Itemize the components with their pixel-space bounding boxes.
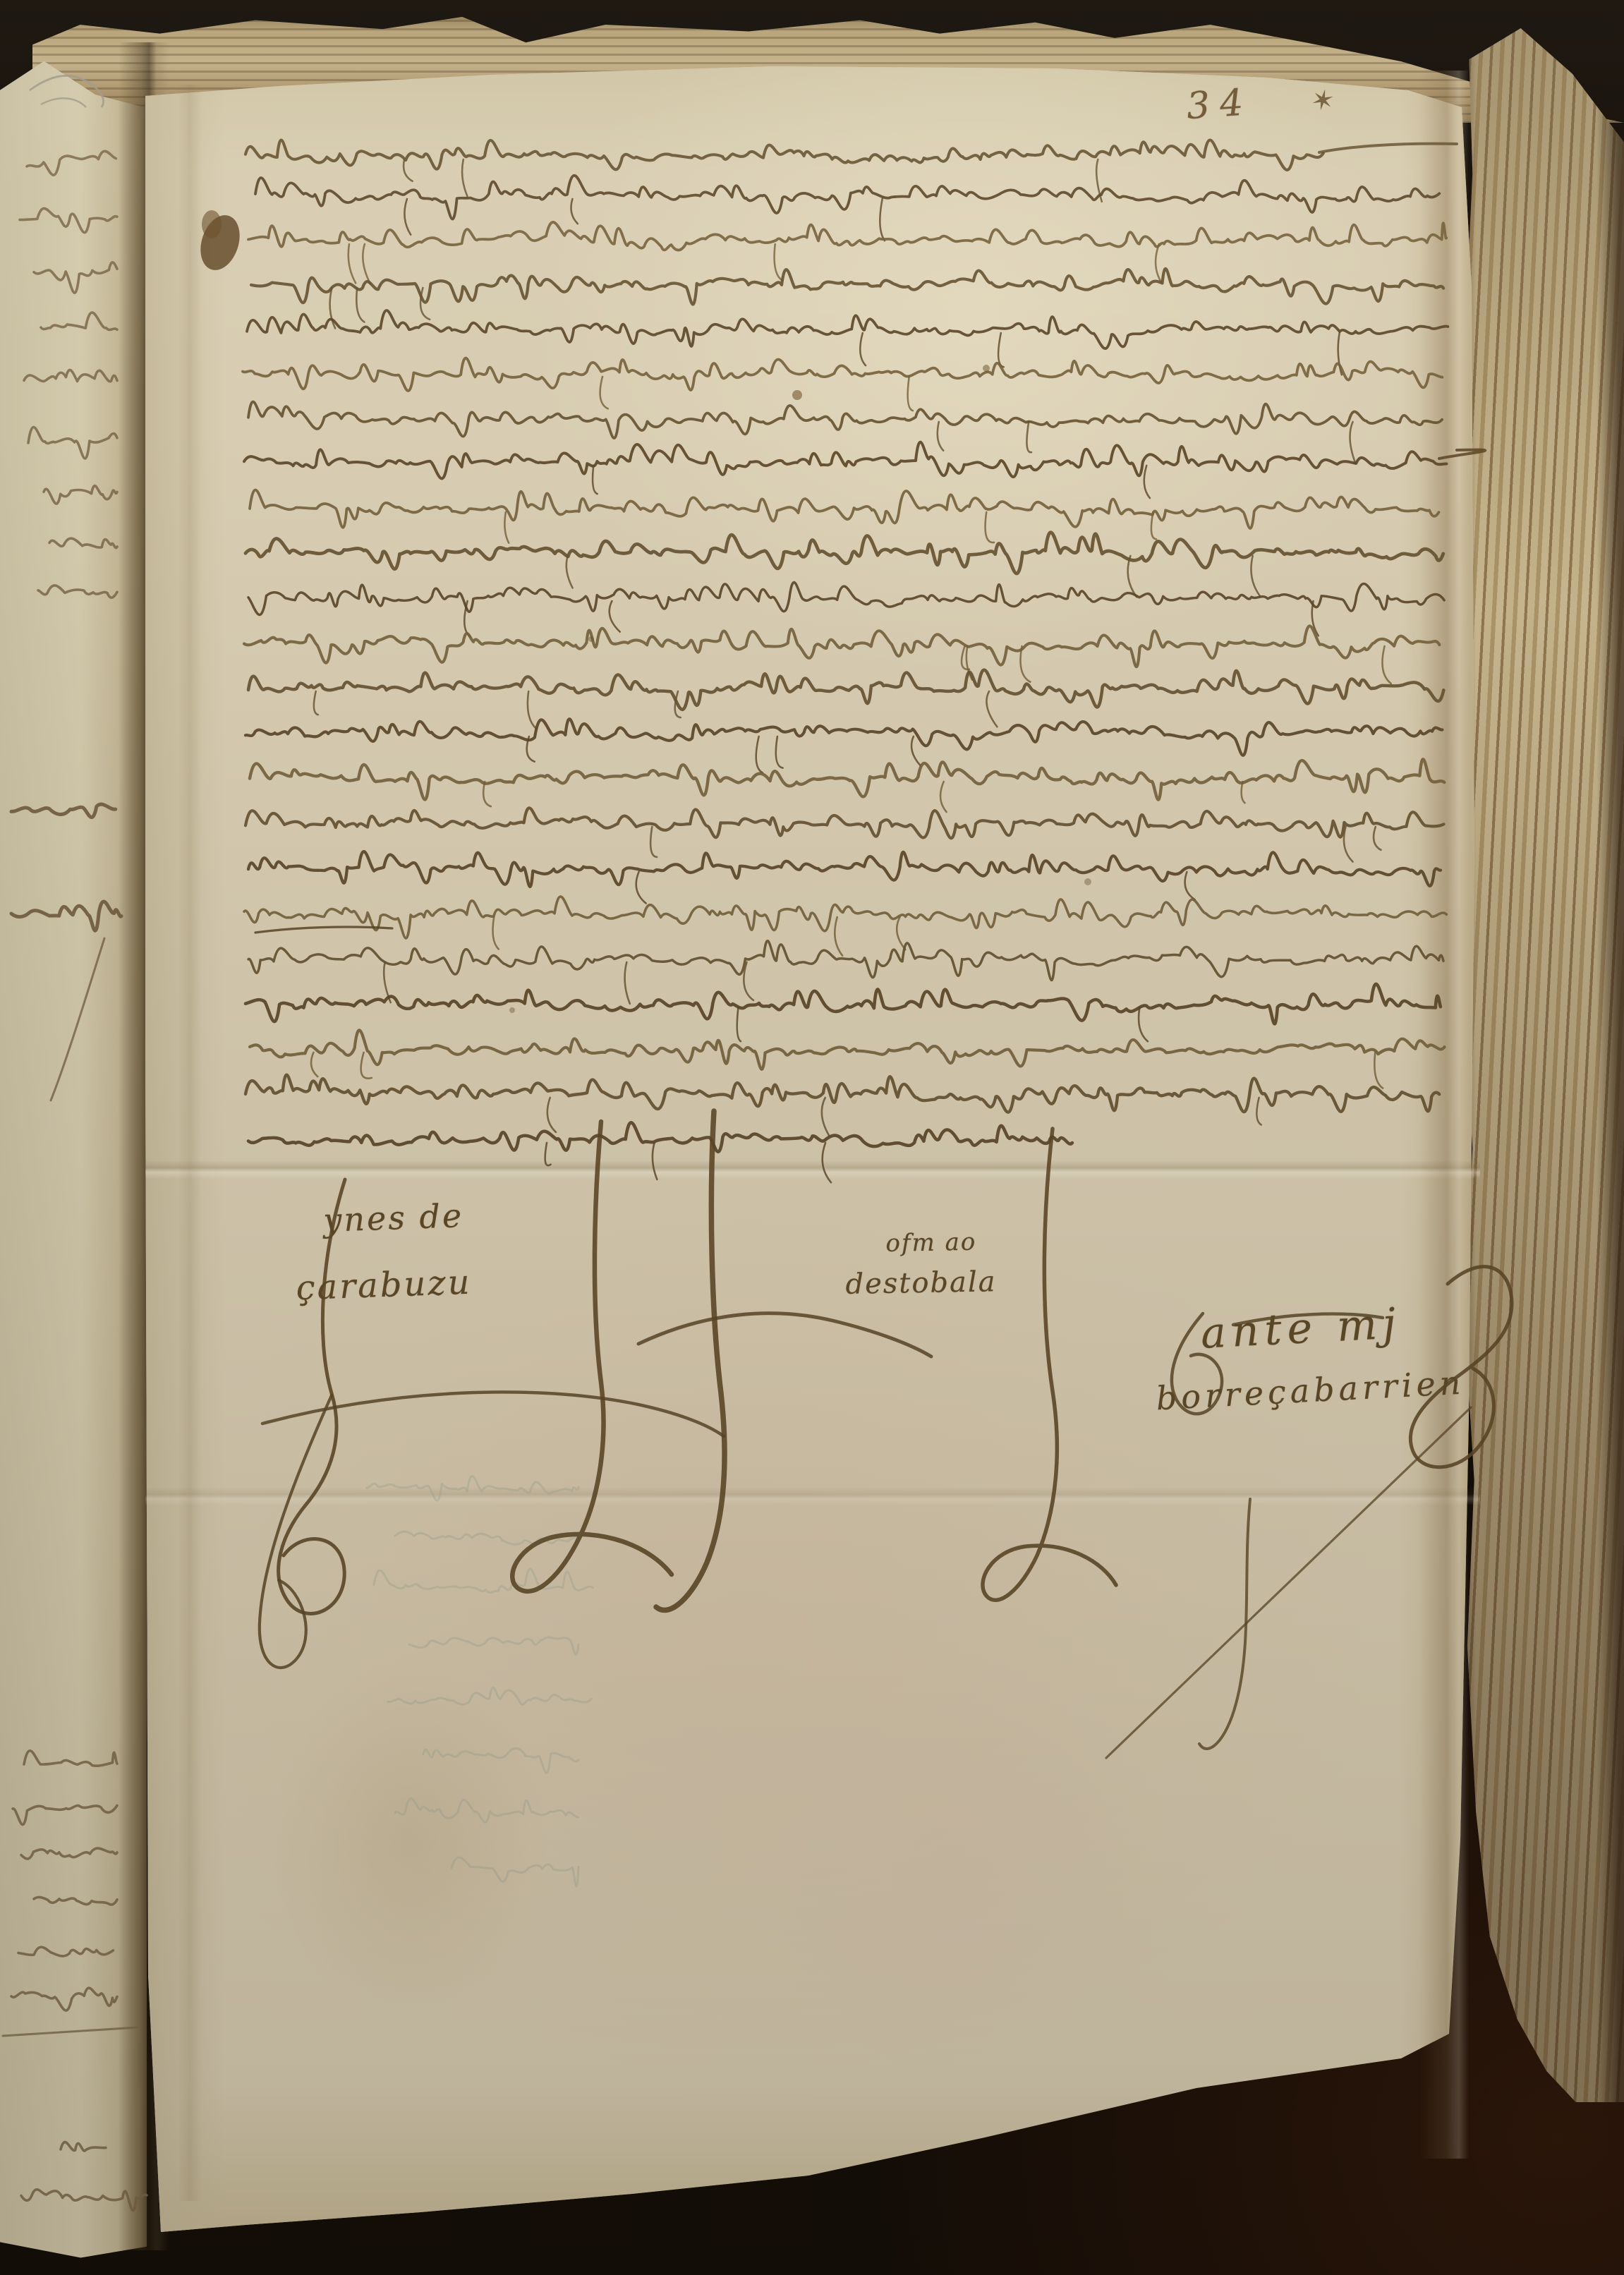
descender-stroke — [547, 1098, 556, 1132]
facing-page-fragment — [24, 1751, 117, 1766]
descender-stroke — [1151, 512, 1156, 539]
facing-page-fragment — [38, 586, 117, 597]
descender-stroke — [311, 1052, 317, 1076]
descender-stroke — [998, 333, 1004, 367]
descender-stroke — [1374, 1052, 1383, 1088]
descender-stroke — [653, 1143, 658, 1179]
ink-spot — [509, 1007, 515, 1013]
descender-stroke — [986, 512, 995, 542]
descender-stroke — [1144, 466, 1150, 498]
descender-stroke — [363, 244, 370, 284]
descender-stroke — [571, 199, 577, 224]
signature-left: ynes de çarabuzu — [293, 1196, 472, 1309]
descender-stroke — [908, 377, 913, 411]
rubric-flourish — [983, 1129, 1116, 1600]
facing-page-fragment — [21, 2190, 147, 2211]
manuscript-line — [248, 851, 1441, 887]
descender-stroke — [822, 1098, 829, 1136]
descender-stroke — [938, 422, 943, 451]
descender-stroke — [940, 782, 947, 812]
manuscript-line — [248, 941, 1443, 981]
descender-stroke — [1242, 782, 1245, 803]
descender-stroke — [823, 1143, 831, 1182]
facing-page-fragment — [28, 427, 117, 459]
ink-layer — [0, 0, 1624, 2275]
descender-stroke — [528, 691, 536, 729]
folio-number: 34 — [1185, 81, 1254, 128]
descender-stroke — [744, 962, 753, 1000]
facing-page-fragment — [34, 1897, 117, 1904]
flourish-tail — [1199, 1499, 1250, 1749]
descender-stroke — [962, 646, 969, 669]
descender-stroke — [1350, 422, 1355, 463]
descender-stroke — [835, 917, 842, 956]
descender-stroke — [1374, 827, 1381, 850]
bleedthrough-stroke — [395, 1798, 578, 1822]
descender-stroke — [737, 1007, 741, 1041]
facing-page-fragment — [27, 151, 116, 175]
manuscript-line — [244, 442, 1446, 479]
facing-page-fragment — [20, 208, 117, 232]
descender-stroke — [593, 466, 598, 494]
manuscript-line — [250, 759, 1444, 799]
signature-flourishes — [3, 938, 1512, 2036]
manuscript-line — [244, 897, 1446, 938]
descender-stroke — [1020, 646, 1030, 682]
manuscript-line — [255, 176, 1439, 219]
pencil-mark — [41, 98, 86, 107]
descender-stroke — [1139, 1007, 1148, 1041]
descender-stroke — [600, 377, 608, 408]
facing-page-fragment — [11, 902, 121, 930]
signature-left-line2: çarabuzu — [296, 1263, 473, 1309]
descender-stroke — [545, 1143, 551, 1165]
descender-stroke — [1185, 872, 1195, 899]
signature-center: ofm ao destobala — [844, 1227, 997, 1301]
manuscript-line — [248, 222, 1446, 250]
descender-stroke — [880, 199, 885, 241]
descender-stroke — [986, 691, 997, 727]
descender-stroke — [776, 736, 783, 768]
pencil-scribbles — [30, 75, 104, 107]
descender-stroke — [775, 244, 783, 281]
manuscript-line — [248, 402, 1442, 439]
manuscript-line — [248, 582, 1444, 614]
descender-stroke — [897, 917, 905, 950]
line-end-dash — [1319, 144, 1457, 152]
descender-stroke — [1256, 1098, 1261, 1125]
descender-stroke — [625, 962, 630, 1004]
descender-stroke — [1344, 827, 1353, 862]
descender-stroke — [1382, 646, 1390, 684]
bleedthrough-stroke — [423, 1748, 578, 1773]
rubric-flourish — [638, 1314, 931, 1357]
signature-center-line1: ofm ao — [844, 1227, 996, 1258]
manuscript-line — [247, 310, 1448, 348]
ink-spot — [1084, 878, 1091, 885]
manuscript-line — [243, 358, 1442, 391]
facing-page-fragment — [44, 486, 117, 504]
descender-stroke — [349, 244, 356, 283]
descender-stroke — [356, 288, 364, 322]
descender-stroke — [650, 827, 657, 857]
line-end-dash — [1439, 450, 1485, 459]
descender-stroke — [756, 736, 763, 772]
facing-page-fragment — [11, 1988, 117, 2010]
facing-page-fragment — [21, 1848, 117, 1859]
facing-page-rule — [3, 2027, 138, 2036]
facing-page-fragment — [41, 313, 117, 329]
ink-spot — [792, 390, 802, 400]
ink-spot — [983, 365, 990, 372]
descender-stroke — [483, 782, 491, 806]
manuscript-line — [250, 490, 1439, 528]
descender-stroke — [314, 691, 318, 715]
word-underline — [255, 927, 392, 933]
bleedthrough-stroke — [452, 1857, 578, 1886]
bleedthrough-stroke — [409, 1637, 578, 1654]
manuscript-line — [244, 626, 1439, 667]
signature-center-line2: destobala — [845, 1266, 997, 1301]
manuscript-line — [246, 140, 1323, 170]
rubric-flourish — [260, 1395, 332, 1668]
pencil-mark — [30, 75, 104, 107]
manuscript-line — [246, 984, 1441, 1024]
signature-right: ante mj borreçabarrien — [1151, 1296, 1465, 1418]
manuscript-text-block — [243, 140, 1485, 1183]
manuscript-line — [246, 808, 1443, 838]
descender-stroke — [566, 556, 573, 588]
descender-stroke — [404, 159, 413, 181]
manuscript-line — [246, 719, 1442, 756]
descender-stroke — [1156, 244, 1161, 282]
descender-stroke — [1251, 556, 1260, 596]
facing-page-text-fragments — [11, 151, 147, 2210]
ink-spot — [588, 636, 594, 642]
manuscript-line — [250, 1030, 1445, 1069]
flourish-tail — [1106, 1407, 1471, 1758]
facing-page-fragment — [18, 1947, 113, 1956]
rubric-flourish — [656, 1111, 725, 1610]
facing-page-fragment — [49, 538, 117, 547]
facing-page-flourish-tail — [51, 938, 104, 1100]
descender-stroke — [504, 512, 509, 543]
descender-stroke — [462, 159, 467, 196]
facing-page-fragment — [13, 1805, 117, 1824]
facing-page-fragment — [34, 262, 117, 293]
facing-page-fragment — [24, 370, 117, 382]
descender-stroke — [860, 333, 866, 365]
descender-stroke — [636, 872, 646, 904]
facing-page-fragment — [61, 2142, 106, 2152]
descender-stroke — [610, 601, 620, 632]
rubric-flourish — [512, 1122, 672, 1591]
facing-page-fragment — [11, 804, 116, 818]
descender-stroke — [404, 199, 411, 235]
signature-left-line1: ynes de — [293, 1196, 470, 1241]
manuscript-line — [248, 670, 1443, 710]
descender-stroke — [464, 601, 470, 637]
manuscript-line — [248, 1122, 1072, 1151]
bleedthrough-stroke — [388, 1687, 591, 1704]
book-scan-photo: { "folio": { "number": "34", "star_mark"… — [0, 0, 1624, 2275]
descender-stroke — [492, 917, 498, 949]
manuscript-line — [246, 533, 1443, 574]
manuscript-line — [251, 269, 1443, 305]
bleedthrough-stroke — [367, 1476, 578, 1501]
descender-stroke — [1026, 422, 1031, 452]
manuscript-line — [246, 1075, 1439, 1112]
ink-blotch — [202, 210, 222, 238]
